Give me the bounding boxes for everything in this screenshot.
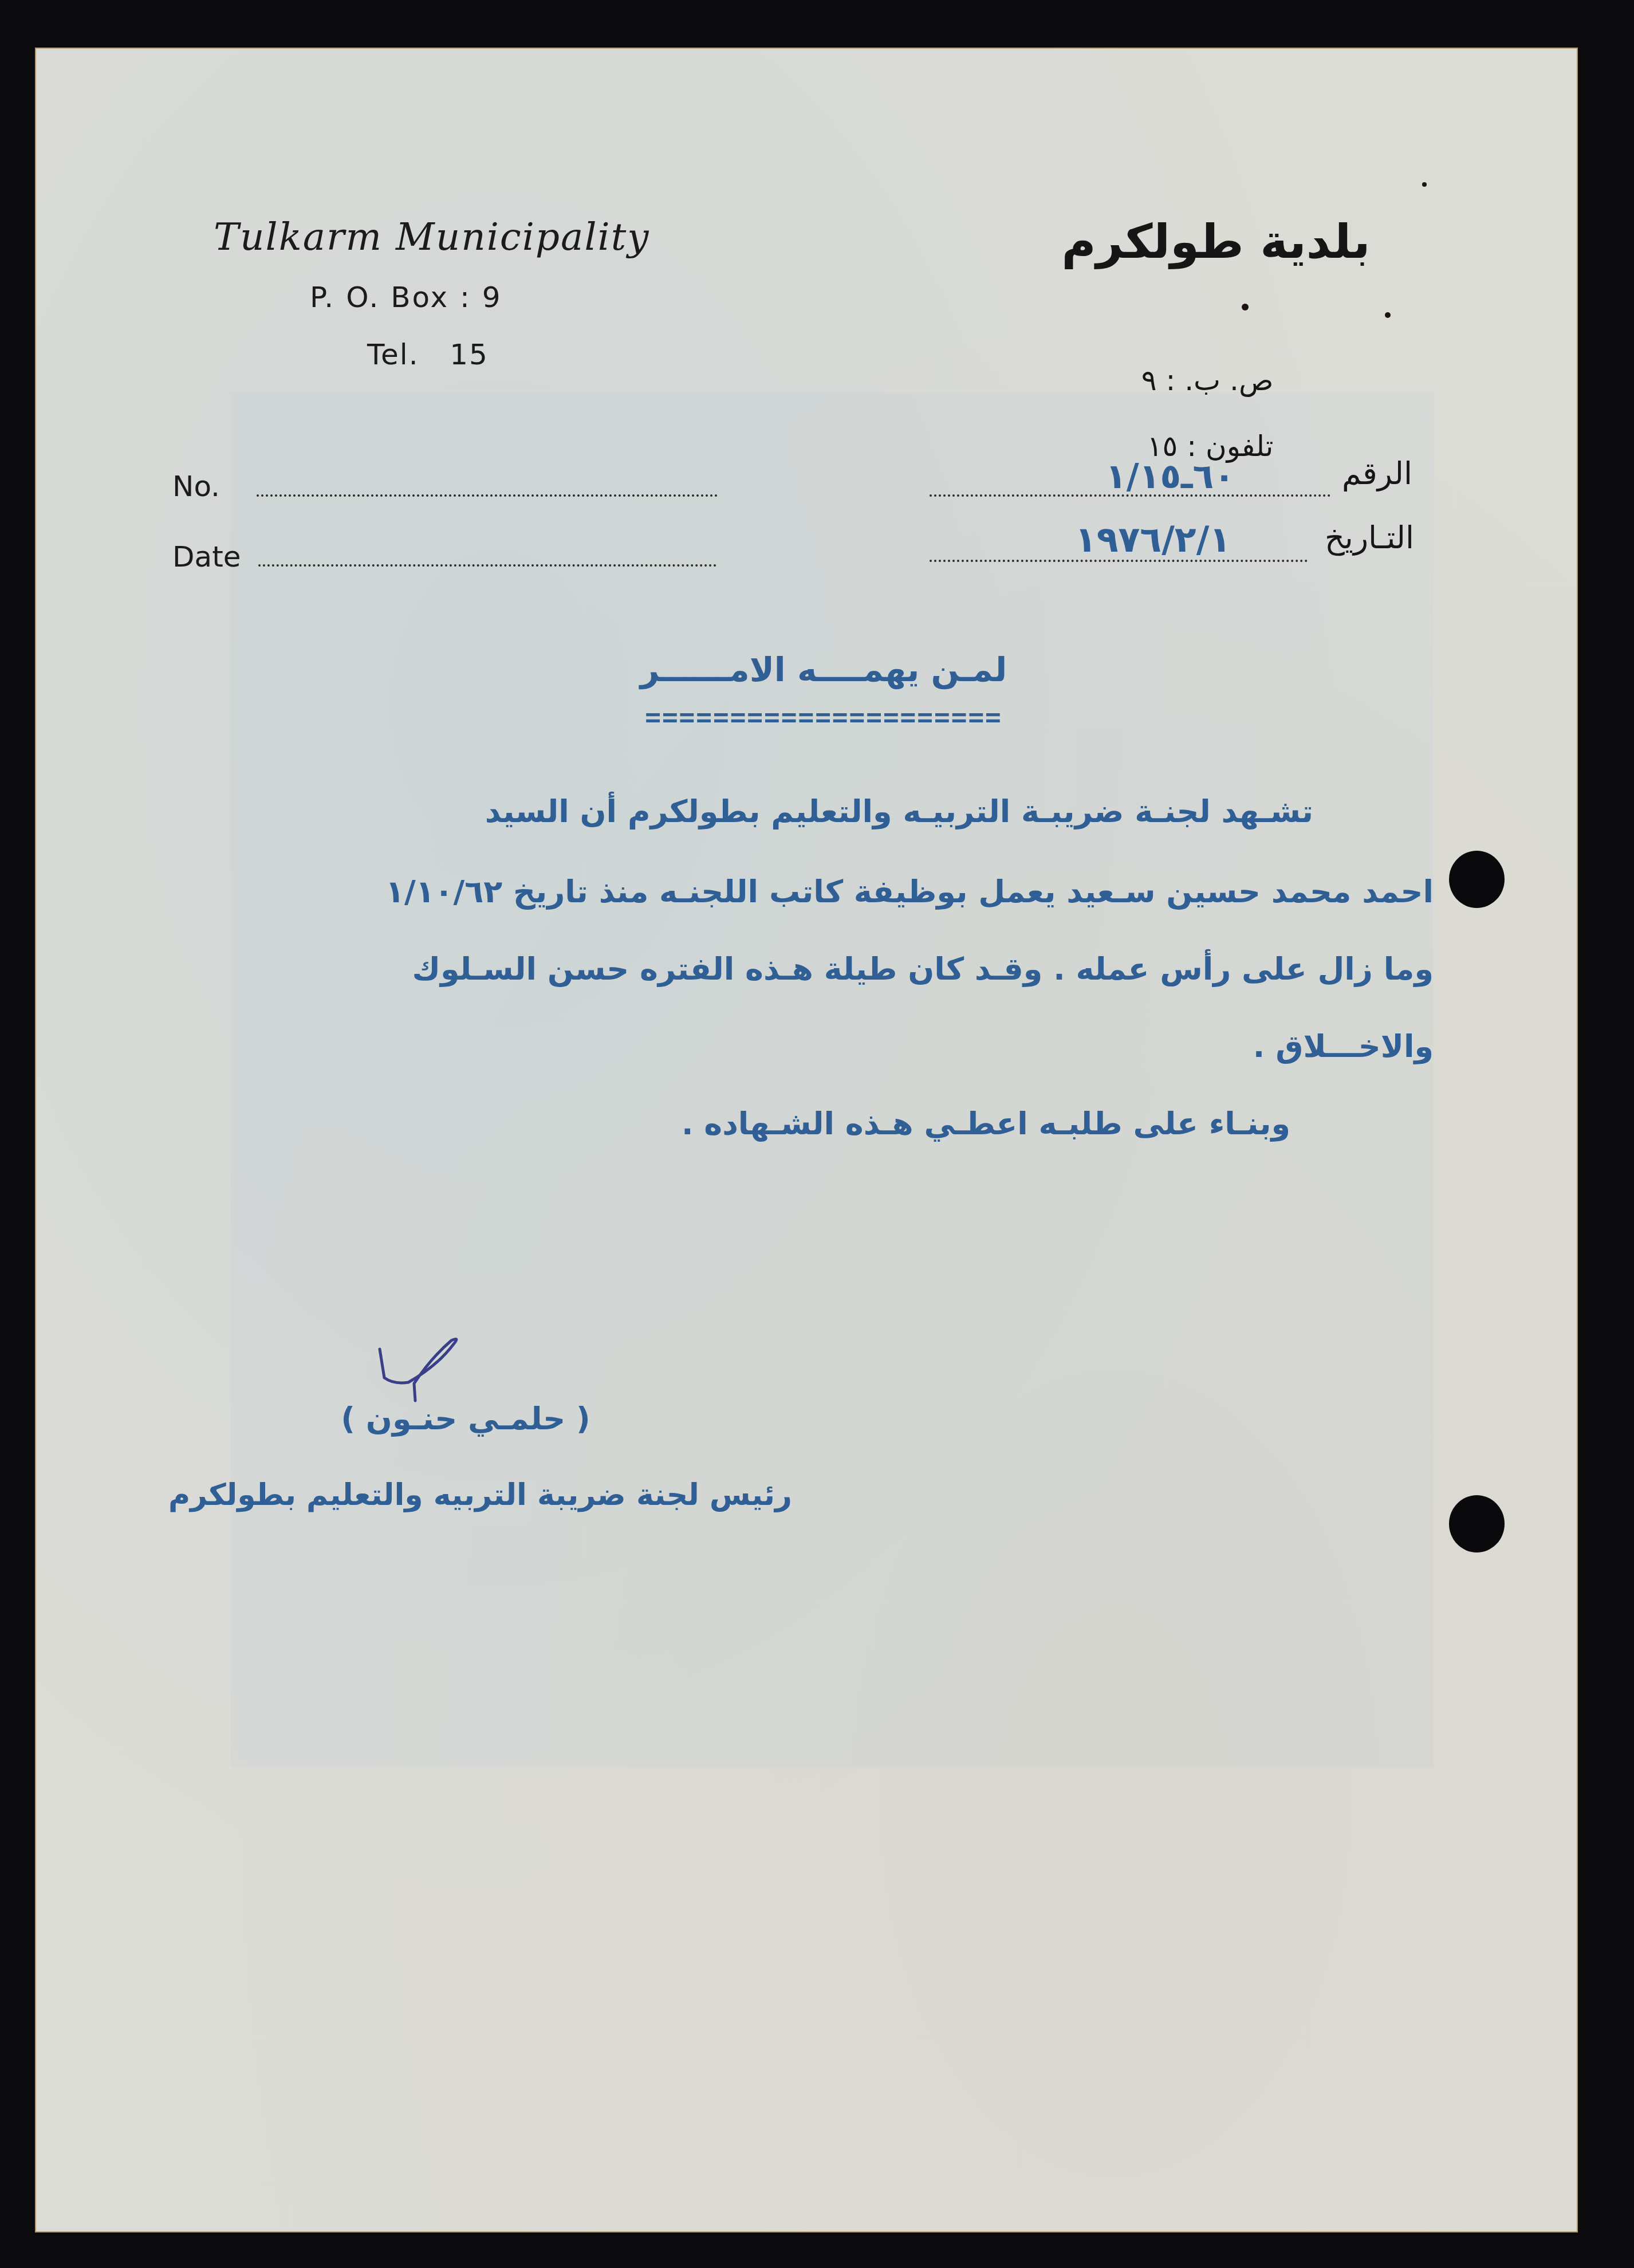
letterhead-arabic-name: بلدية طولكرم [1050,215,1382,269]
signatory-name: ( حلمـي حنـون ) [265,1401,666,1437]
handwritten-signature-icon [368,1332,483,1412]
date-label-arabic: التـاريخ [1325,520,1414,556]
date-value: ١٩٧٦/٢/١ [1010,518,1296,560]
document-page: Tulkarm Municipality P. O. Box : 9 Tel. … [36,49,1577,2231]
heading-underline: ===================== [506,702,1141,733]
date-field-line [258,564,716,567]
number-label: No. [172,470,220,503]
number-value: ٦٠ـ١/١٥ [1027,457,1313,497]
body-line-3: وما زال على رأس عمله . وقـد كان طيلة هـذ… [145,951,1434,987]
body-line-4: والاخـــلاق . [1090,1028,1434,1064]
letterhead-arabic-po-box: ص. ب. : ٩ [1078,364,1336,397]
body-line-2: احمد محمد حسين سـعيد يعمل بوظيفة كاتب ال… [99,874,1434,910]
number-label-arabic: الرقم [1342,455,1412,492]
punch-hole-bottom [1449,1495,1505,1552]
number-field-line [257,494,718,497]
letterhead-english-name: Tulkarm Municipality [214,215,650,259]
punch-hole-top [1449,851,1505,908]
pin-hole [1385,312,1391,318]
body-line-1: تشـهد لجنـة ضريبـة التربيـه والتعليم بطو… [208,793,1313,830]
date-label: Date [172,540,241,573]
letterhead-english-tel: Tel. 15 [367,338,489,371]
paper-stain [231,392,1434,1767]
pin-hole [1422,182,1427,187]
letterhead-english-po-box: P. O. Box : 9 [310,281,502,314]
signatory-title: رئيس لجنة ضريبة التربيه والتعليم بطولكرم [13,1478,792,1512]
body-line-5: وبنـاء على طلبـه اعطـي هـذه الشـهاده . [431,1106,1290,1142]
pin-hole [1242,304,1249,310]
document-heading: لمـن يهمــــه الامــــــر [494,650,1153,689]
